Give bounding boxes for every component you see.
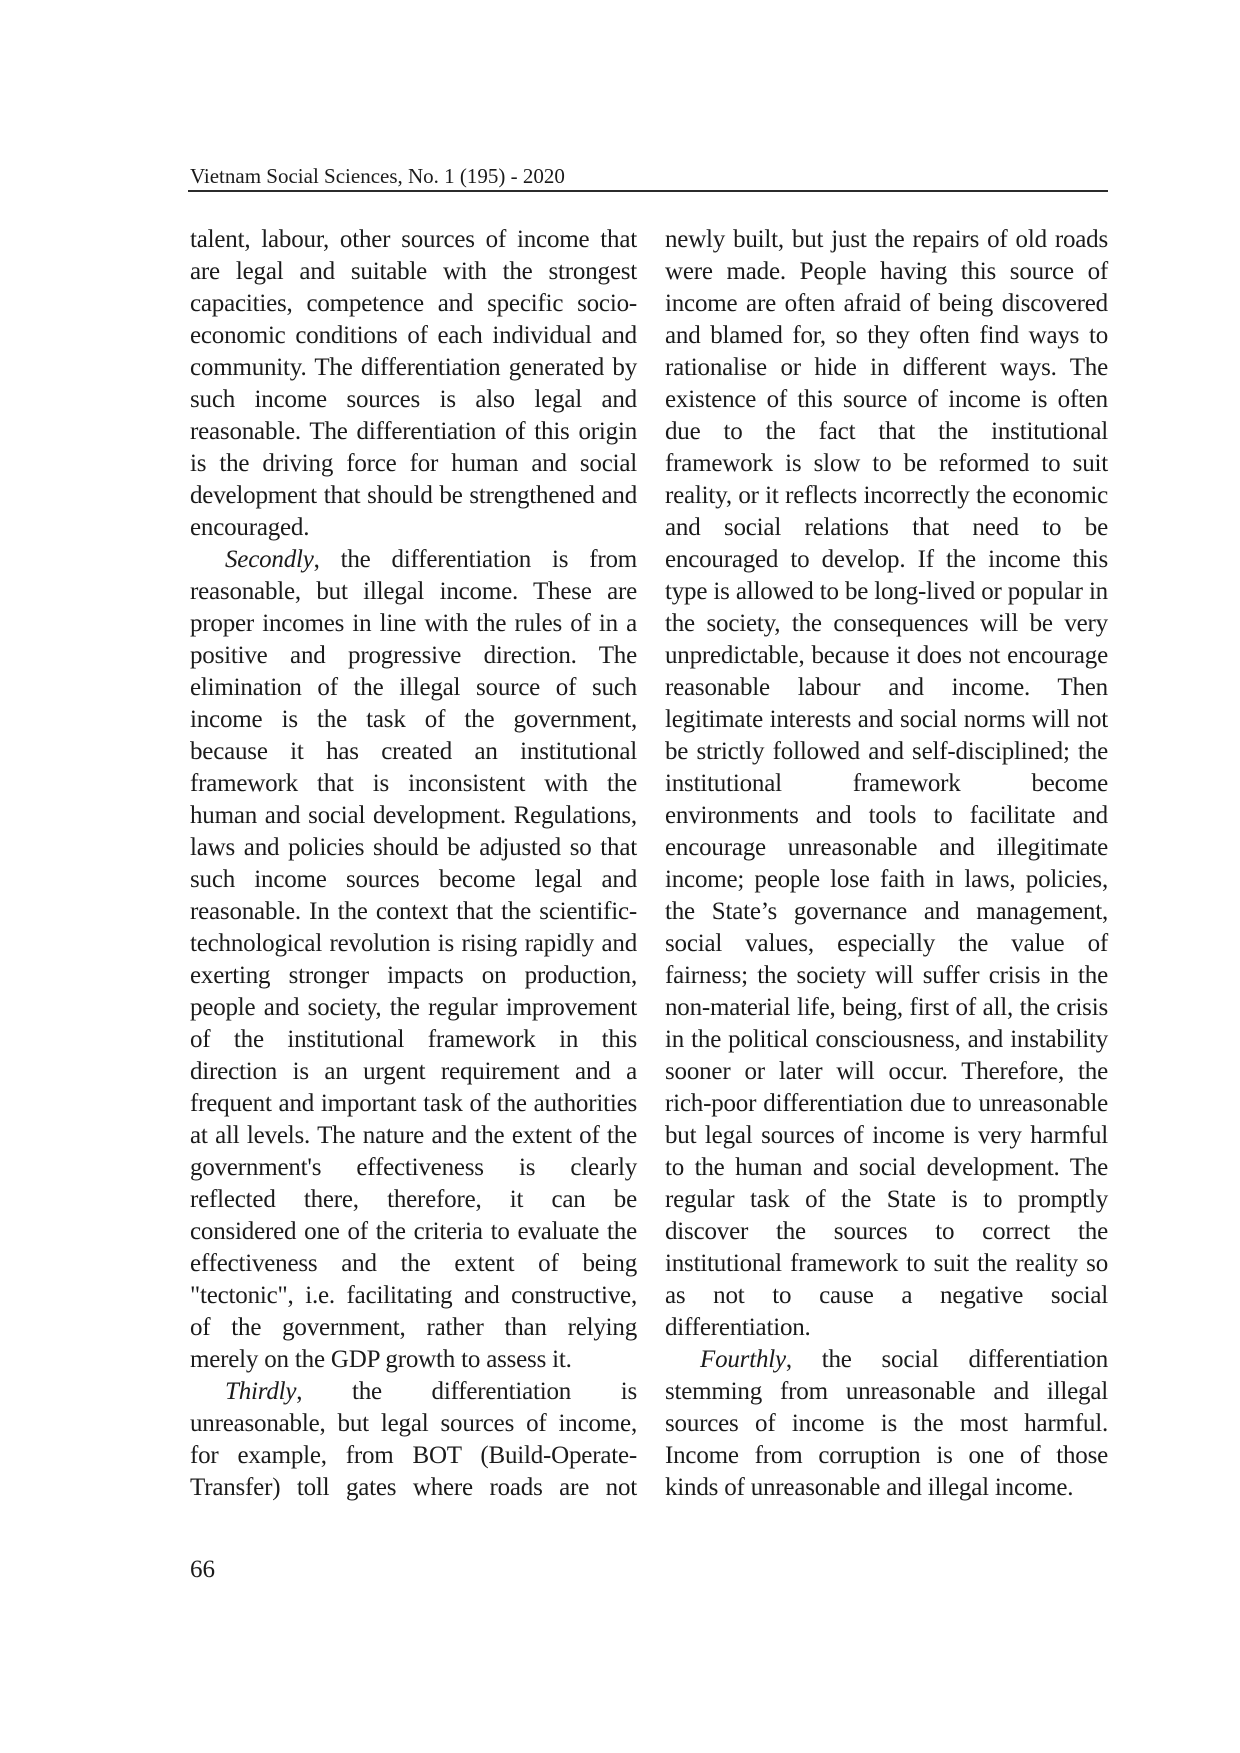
running-header: Vietnam Social Sciences, No. 1 (195) - 2… <box>190 164 1108 188</box>
left-column: talent, labour, other sources of income … <box>190 224 637 1504</box>
paragraph: Secondly, the differentiation is from re… <box>190 544 637 1376</box>
paragraph-lead-italic: Secondly <box>225 546 314 573</box>
paragraph-lead-italic: Thirdly <box>225 1378 296 1405</box>
paragraph-text: newly built, but just the repairs of old… <box>665 226 1108 1341</box>
paragraph-text: talent, labour, other sources of income … <box>190 226 637 541</box>
article-body: talent, labour, other sources of income … <box>190 224 1108 1504</box>
paragraph-text: , the differentiation is from reasonable… <box>190 546 637 1373</box>
header-rule <box>188 190 1108 192</box>
paragraph: Thirdly, the differentiation is unreason… <box>190 1376 637 1504</box>
paragraph: newly built, but just the repairs of old… <box>665 224 1108 1344</box>
right-column: newly built, but just the repairs of old… <box>665 224 1108 1504</box>
paragraph-lead-italic: Fourthly <box>700 1346 786 1373</box>
journal-page: Vietnam Social Sciences, No. 1 (195) - 2… <box>0 0 1240 1753</box>
paragraph: Fourthly, the social differentiation ste… <box>665 1344 1108 1504</box>
page-number: 66 <box>190 1554 215 1586</box>
paragraph: talent, labour, other sources of income … <box>190 224 637 544</box>
